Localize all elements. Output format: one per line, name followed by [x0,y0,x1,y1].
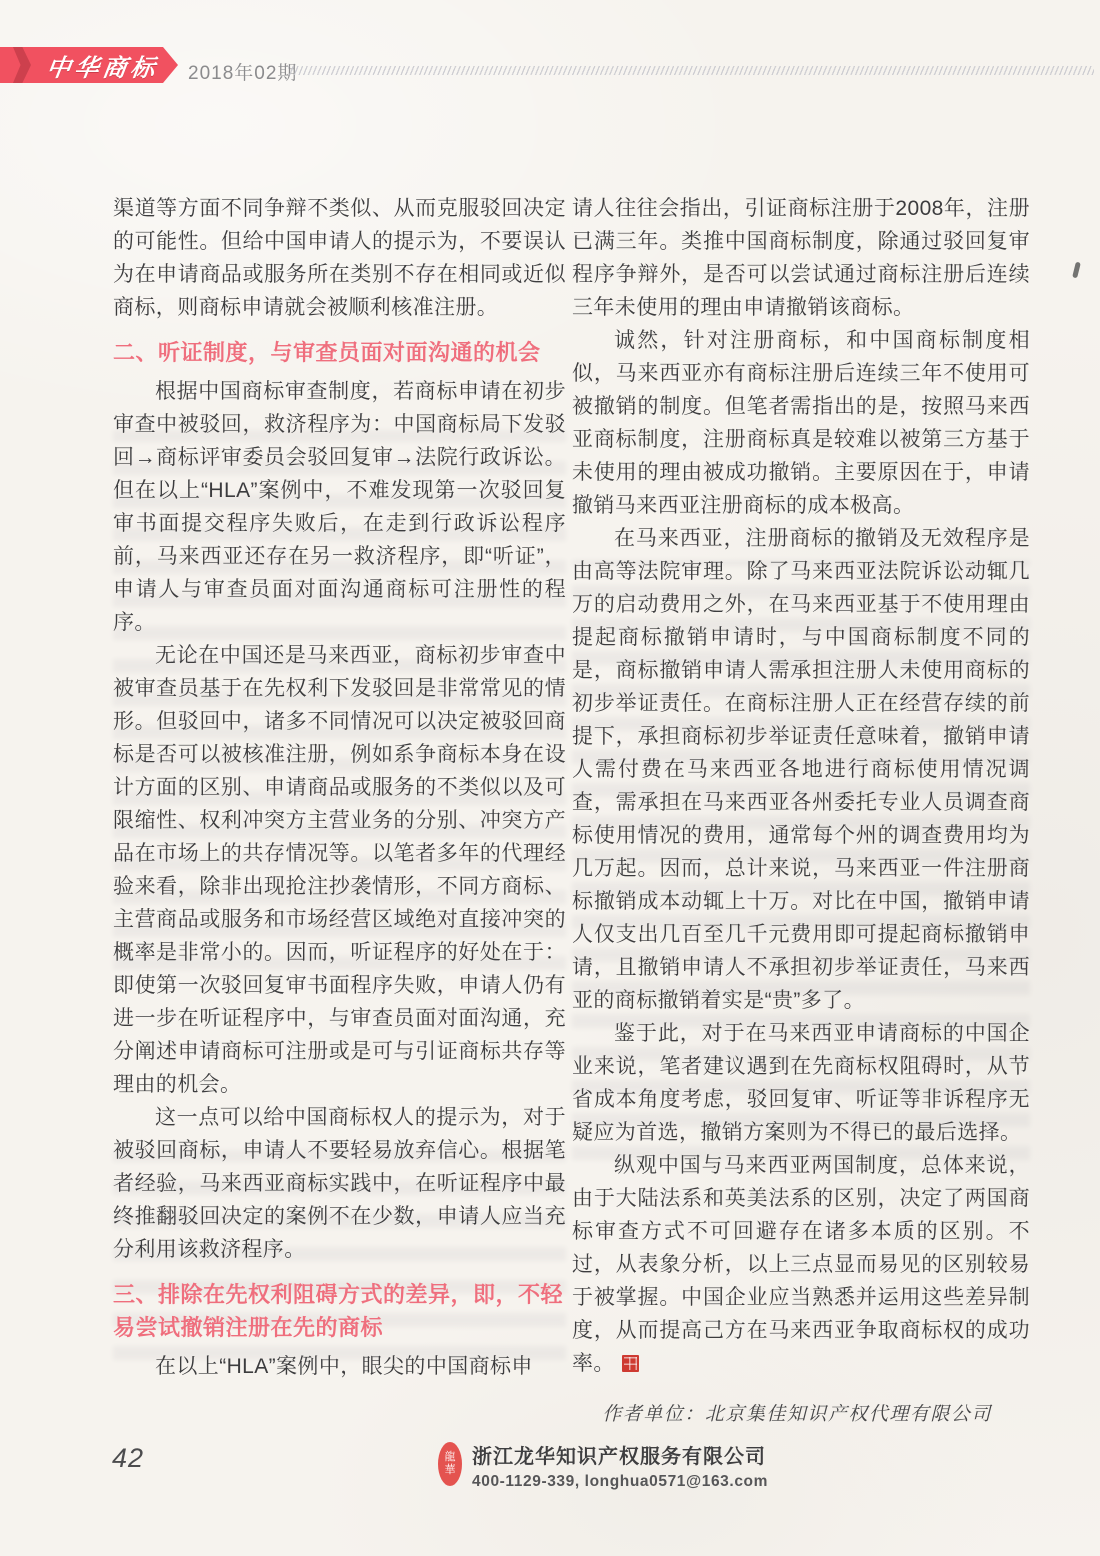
paragraph: 纵观中国与马来西亚两国制度，总体来说，由于大陆法系和英美法系的区别，决定了两国商… [572,1149,1030,1380]
paragraph: 请人往往会指出，引证商标注册于2008年，注册已满三年。类推中国商标制度，除通过… [572,192,1030,324]
paragraph: 根据中国商标审查制度，若商标申请在初步审查中被驳回，救济程序为：中国商标局下发驳… [113,375,566,639]
issue-label: 2018年02期 [188,58,297,85]
author-affiliation: 作者单位：北京集佳知识产权代理有限公司 [572,1398,1030,1431]
magazine-page: 中华商标 2018年02期 渠道等方面不同争辩不类似、从而克服驳回决定的可能性。… [0,0,1100,1556]
paragraph: 在以上“HLA”案例中，眼尖的中国商标申 [113,1350,566,1383]
paragraph: 这一点可以给中国商标权人的提示为，对于被驳回商标，申请人不要轻易放弃信心。根据笔… [113,1101,566,1266]
header-divider [288,66,1094,75]
section-heading: 二、听证制度，与审查员面对面沟通的机会 [113,336,566,369]
paragraph: 诚然，针对注册商标，和中国商标制度相似，马来西亚亦有商标注册后连续三年不使用可被… [572,324,1030,522]
paragraph: 无论在中国还是马来西亚，商标初步审查中被审查员基于在先权利下发驳回是非常常见的情… [113,639,566,1101]
ribbon-fold-icon [13,47,31,83]
journal-banner: 中华商标 [0,47,163,83]
seal-char-bottom: 華 [445,1464,456,1477]
article-column-left: 渠道等方面不同争辩不类似、从而克服驳回决定的可能性。但给中国申请人的提示为，不要… [113,192,566,1383]
publisher-brand: 龍 華 浙江龙华知识产权服务有限公司 400-1129-339, longhua… [438,1440,768,1491]
ribbon-arrow-icon [163,47,178,83]
paragraph: 在马来西亚，注册商标的撤销及无效程序是由高等法院审理。除了马来西亚法院诉讼动辄几… [572,522,1030,1017]
paragraph: 鉴于此，对于在马来西亚申请商标的中国企业来说，笔者建议遇到在先商标权阻碍时，从节… [572,1017,1030,1149]
publisher-contact: 400-1129-339, longhua0571@163.com [472,1473,768,1491]
scan-artifact [1072,262,1081,279]
article-column-right: 请人往往会指出，引证商标注册于2008年，注册已满三年。类推中国商标制度，除通过… [572,192,1030,1431]
article-end-seal-icon [622,1355,639,1372]
section-heading: 三、排除在先权利阻碍方式的差异，即，不轻易尝试撤销注册在先的商标 [113,1278,566,1344]
publisher-text: 浙江龙华知识产权服务有限公司 400-1129-339, longhua0571… [472,1440,768,1491]
publisher-company-name: 浙江龙华知识产权服务有限公司 [472,1440,768,1469]
longhua-seal-logo-icon: 龍 華 [438,1442,462,1486]
journal-name: 中华商标 [45,48,162,83]
page-number: 42 [112,1443,144,1474]
paragraph: 渠道等方面不同争辩不类似、从而克服驳回决定的可能性。但给中国申请人的提示为，不要… [113,192,566,324]
